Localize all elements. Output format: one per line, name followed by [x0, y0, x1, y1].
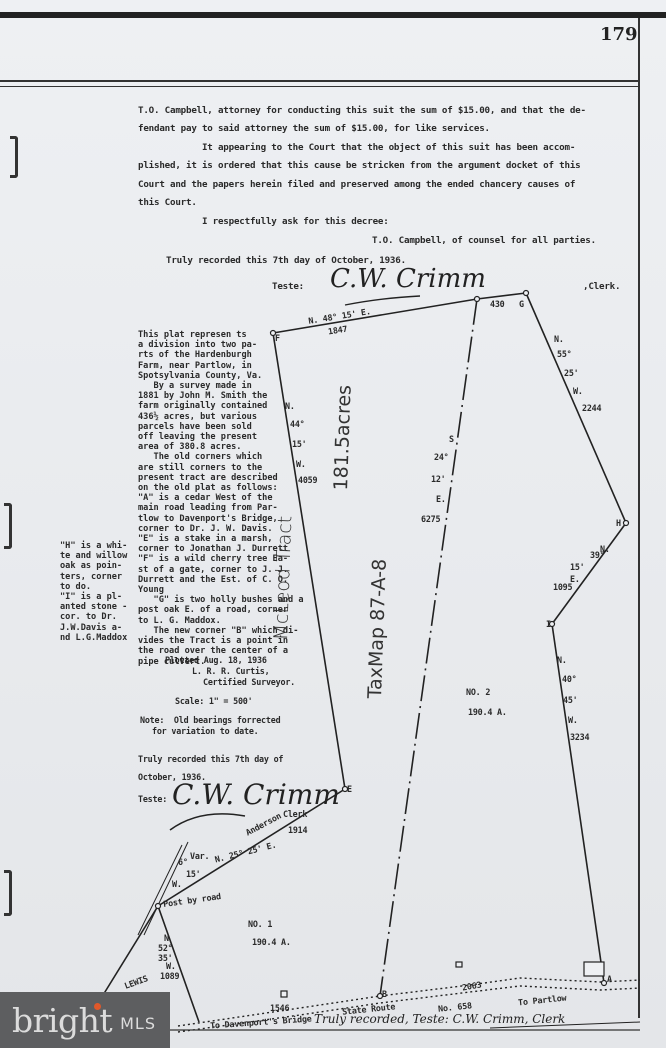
bearing-g-h: W. [573, 387, 583, 395]
recorded-line-lower: Truly recorded this 7th day of [138, 755, 283, 763]
bearing-g-h: 25' [564, 369, 579, 377]
plat-drawing [0, 0, 666, 1048]
brand-accent-dot-icon [94, 1003, 101, 1010]
distance-post-e: 1914 [288, 826, 307, 834]
bearing-i-a: W. [568, 716, 578, 724]
bearing-division: 12' [431, 475, 446, 483]
variation-value: 15' [186, 870, 201, 878]
bearing-g-h: 55° [557, 350, 572, 358]
surveyor-title: Certified Surveyor. [203, 678, 295, 686]
tract-2-area: 190.4 A. [468, 708, 507, 716]
distance-division: 6275 [421, 515, 440, 523]
bearing-division: 24° [434, 453, 449, 461]
variation-label: Var. [190, 852, 209, 860]
plotted-date: Plotted Aug. 18, 1936 [165, 656, 267, 664]
surveyor-name: L. R. R. Curtis, [192, 667, 269, 675]
distance-g-segment: 430 [490, 300, 505, 308]
bearing-g-h: N. [554, 335, 564, 343]
tract-2-name: NO. 2 [466, 688, 490, 696]
bearing-h-i: 39° [590, 551, 605, 559]
variation-value: 6° [178, 858, 188, 866]
bearing-i-a: 40° [562, 675, 577, 683]
scale-label: Scale: 1" = 500' [175, 697, 252, 705]
bearing-post-road: 52° [158, 944, 173, 952]
corner-g-label: G [519, 300, 524, 308]
brand-suffix: MLS [120, 1014, 156, 1033]
handwritten-tract-name: McLeod Tract [270, 515, 296, 640]
bearing-division: E. [436, 495, 446, 503]
note-line: for variation to date. [152, 727, 259, 735]
distance-h-i: 1095 [553, 583, 572, 591]
clerk-label-lower: Clerk [283, 810, 307, 818]
corner-b-label: B [382, 990, 387, 998]
teste-label-lower: Teste: [138, 795, 167, 803]
distance-g-h: 2244 [582, 404, 601, 412]
note-line: Note: Old bearings forrected [140, 716, 280, 724]
scanned-page: 179 T.O. Campbell, attorney for conducti… [0, 0, 666, 1048]
handwritten-acreage: 181.5acres [330, 385, 356, 491]
clerk-signature-lower: C.W. Crimm [172, 778, 340, 811]
bearing-post-road: W. [166, 962, 176, 970]
bearing-post-road: N [164, 934, 169, 942]
bearing-i-a: 45' [563, 696, 578, 704]
bearing-division: S [449, 435, 454, 443]
corner-a-label: A [607, 975, 612, 983]
distance-post-road: 1089 [160, 972, 179, 980]
bottom-signature: Truly recorded, Teste: C.W. Crimm, Clerk [314, 1012, 565, 1026]
bearing-i-a: N. [557, 656, 567, 664]
road-distance-1: 1546 [270, 1004, 289, 1012]
bearing-h-i: 15' [570, 563, 585, 571]
distance-i-a: 3234 [570, 733, 589, 741]
tract-1-name: NO. 1 [248, 920, 272, 928]
corner-h-label: H [616, 519, 621, 527]
corner-e-label: E [347, 785, 352, 793]
corner-i-label: I [546, 620, 551, 628]
tract-1-area: 190.4 A. [252, 938, 291, 946]
variation-value: W. [172, 880, 182, 888]
plat-description-side: "H" is a whi- te and willow oak as poin-… [60, 541, 127, 643]
bright-mls-watermark: bright MLS [0, 992, 170, 1048]
